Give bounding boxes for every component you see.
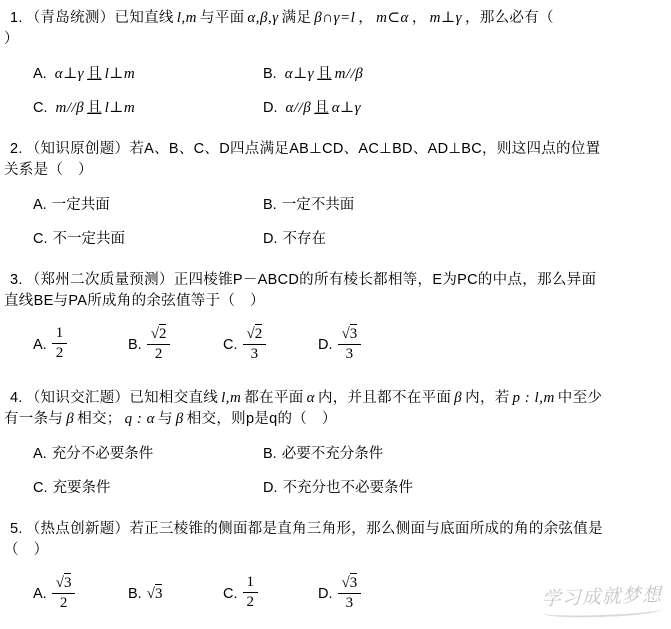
option-label: A. [33,337,47,353]
stem-text: 正四棱锥P－ABCD的所有棱长都相等，E为PC的中点，那么异面 [174,272,597,288]
radicand: 3 [155,584,163,603]
question-2-stem-line-2: 关系是（ ） [4,160,665,181]
stem-text: ， [412,10,427,26]
stem-text: 若正三棱锥的侧面都是直角三角形，那么侧面与底面所成的角的余弦值是 [129,521,603,537]
question-5-option-d: D.√33 [318,576,413,613]
option-text: 不存在 [283,231,327,247]
math-expr: m//β [335,66,364,82]
stem-text: 与 [158,411,173,427]
math-expr: α,β,γ [247,10,278,26]
stem-text: 有一条与 [4,411,63,427]
fraction-denominator: 2 [60,594,68,612]
fraction-numerator: √2 [147,324,171,345]
math-expr: α [307,390,315,406]
fraction-numerator: 1 [52,325,68,344]
math-expr: β [176,411,184,427]
stem-text: 相交，则p是q的（ ） [187,411,337,427]
question-source: （郑州二次质量预测） [26,272,174,288]
question-1-option-b: B.α⊥γ且m//β [263,64,665,85]
radical-sign: √ [56,575,64,591]
stem-text: 直线BE与PA所成角的余弦值等于（ ） [4,293,265,309]
question-5-stem-line-2: （ ） [4,540,665,561]
option-label: D. [263,480,278,496]
question-2-option-c: C.不一定共面 [33,229,263,250]
question-3-stem-line-1: 3.（郑州二次质量预测）正四棱锥P－ABCD的所有棱长都相等，E为PC的中点，那… [4,270,665,291]
conjunction: 且 [87,100,102,116]
question-source: （知识原创题） [26,141,130,157]
question-4-stem-line-1: 4.（知识交汇题）已知相交直线l,m都在平面α内，并且都不在平面β内，若p : … [4,388,665,409]
radical-expression: √3 [147,586,163,602]
math-expr: l,m [221,390,241,406]
option-label: D. [263,100,278,116]
option-text: 必要不充分条件 [282,446,384,462]
question-1-stem-line-2: ） [4,29,665,50]
radicand: 3 [350,573,358,592]
question-4: 4.（知识交汇题）已知相交直线l,m都在平面α内，并且都不在平面β内，若p : … [4,388,665,499]
fraction-numerator: √3 [52,573,76,594]
option-label: C. [33,100,48,116]
math-expr: m⊂α [376,10,409,26]
math-expr: β [66,411,74,427]
stem-text: 满足 [282,10,312,26]
question-5-option-a: A.√32 [33,576,128,613]
question-3-option-c: C.√23 [223,327,318,364]
radicand: 2 [255,324,263,343]
fraction-numerator: √3 [338,573,362,594]
question-3-option-b: B.√22 [128,327,223,364]
math-expr: m//β [56,100,85,116]
option-label: D. [318,586,333,602]
question-5-option-c: C.12 [223,577,318,612]
stem-text: 内，若 [465,390,509,406]
question-number: 3. [10,272,23,288]
option-text: 不一定共面 [53,231,126,247]
radical-sign: √ [247,326,255,342]
radicand: 3 [64,573,72,592]
stem-text: 若A、B、C、D四点满足AB⊥CD、AC⊥BD、AD⊥BC，则这四点的位置 [129,141,600,157]
question-4-option-c: C.充要条件 [33,478,263,499]
question-2-stem-line-1: 2.（知识原创题）若A、B、C、D四点满足AB⊥CD、AC⊥BD、AD⊥BC，则… [4,139,665,160]
stem-text: ，那么必有（ [465,10,554,26]
option-label: D. [318,337,333,353]
option-label: A. [33,66,47,82]
stem-text: 已知相交直线 [129,390,218,406]
fraction-denominator: 3 [251,345,259,363]
option-label: A. [33,446,47,462]
fraction: 12 [52,325,68,363]
math-expr: α⊥γ [285,66,314,82]
math-expr: β∩γ=l [314,10,355,26]
stem-text: 都在平面 [244,390,303,406]
radicand: 3 [350,324,358,343]
option-text: 一定不共面 [282,197,355,213]
option-label: C. [223,586,238,602]
radical-sign: √ [342,326,350,342]
question-3-option-a: A.12 [33,328,128,363]
option-label: A. [33,197,47,213]
option-text: 不充分也不必要条件 [283,480,414,496]
question-number: 5. [10,521,23,537]
fraction-denominator: 2 [56,344,64,362]
option-text: 充要条件 [53,480,111,496]
question-2-option-b: B.一定不共面 [263,195,665,216]
radical-sign: √ [151,326,159,342]
question-4-option-a: A.充分不必要条件 [33,444,263,465]
math-expr: l,m [177,10,197,26]
question-2-options: A.一定共面 B.一定不共面 C.不一定共面 D.不存在 [4,195,665,250]
question-1-options: A.α⊥γ且l⊥m B.α⊥γ且m//β C.m//β且l⊥m D.α//β且α… [4,64,665,119]
question-3: 3.（郑州二次质量预测）正四棱锥P－ABCD的所有棱长都相等，E为PC的中点，那… [4,270,665,368]
question-4-options: A.充分不必要条件 B.必要不充分条件 C.充要条件 D.不充分也不必要条件 [4,444,665,499]
fraction: √32 [52,573,76,613]
question-3-option-d: D.√33 [318,327,413,364]
question-5-stem-line-1: 5.（热点创新题）若正三棱锥的侧面都是直角三角形，那么侧面与底面所成的角的余弦值… [4,519,665,540]
math-expr: l⊥m [105,66,136,82]
question-2-option-d: D.不存在 [263,229,665,250]
stem-text: 关系是（ ） [4,162,93,178]
question-5-option-b: B.√3 [128,584,223,605]
question-number: 1. [10,10,23,26]
radical-sign: √ [147,586,155,602]
option-label: B. [263,197,277,213]
question-2-option-a: A.一定共面 [33,195,263,216]
conjunction: 且 [87,66,102,82]
question-source: （知识交汇题） [26,390,130,406]
math-expr: q : α [125,411,155,427]
watermark-underline [542,609,662,619]
watermark: 学习成就梦想 [538,580,665,619]
stem-text: 与平面 [200,10,244,26]
fraction: √22 [147,324,171,364]
math-expr: α⊥γ [55,66,84,82]
fraction: √33 [338,324,362,364]
stem-text: 中至少 [558,390,602,406]
question-1-option-d: D.α//β且α⊥γ [263,98,665,119]
option-label: B. [128,337,142,353]
option-label: B. [128,586,142,602]
option-label: D. [263,231,278,247]
stem-text: ） [4,31,19,47]
fraction-denominator: 2 [155,345,163,363]
question-3-options: A.12 B.√22 C.√23 D.√33 [4,322,665,368]
radicand: 2 [159,324,167,343]
option-label: B. [263,446,277,462]
radical-sign: √ [342,575,350,591]
option-label: A. [33,586,47,602]
question-4-option-d: D.不充分也不必要条件 [263,478,665,499]
conjunction: 且 [317,66,332,82]
question-1: 1.（青岛统测）已知直线l,m与平面α,β,γ满足β∩γ=l，m⊂α，m⊥γ，那… [4,8,665,119]
worksheet-page: 1.（青岛统测）已知直线l,m与平面α,β,γ满足β∩γ=l，m⊂α，m⊥γ，那… [0,0,671,629]
watermark-text: 学习成就梦想 [542,585,663,610]
question-number: 2. [10,141,23,157]
question-4-stem-line-2: 有一条与β相交；q : α与β相交，则p是q的（ ） [4,409,665,430]
fraction-denominator: 3 [346,594,354,612]
math-expr: m⊥γ [430,10,462,26]
fraction-numerator: √2 [243,324,267,345]
stem-text: 内，并且都不在平面 [318,390,451,406]
fraction-denominator: 2 [247,593,255,611]
stem-text: 已知直线 [115,10,174,26]
option-label: C. [33,480,48,496]
option-label: B. [263,66,277,82]
fraction: √33 [338,573,362,613]
question-4-option-b: B.必要不充分条件 [263,444,665,465]
question-number: 4. [10,390,23,406]
question-2: 2.（知识原创题）若A、B、C、D四点满足AB⊥CD、AC⊥BD、AD⊥BC，则… [4,139,665,250]
fraction-denominator: 3 [346,345,354,363]
fraction: √23 [243,324,267,364]
math-expr: α//β [286,100,312,116]
question-source: （热点创新题） [26,521,130,537]
stem-text: ， [358,10,373,26]
conjunction: 且 [314,100,329,116]
question-1-option-c: C.m//β且l⊥m [33,98,263,119]
fraction-numerator: 1 [243,574,259,593]
stem-text: （ ） [4,542,48,558]
question-source: （青岛统测） [26,10,115,26]
fraction-numerator: √3 [338,324,362,345]
fraction: 12 [243,574,259,612]
math-expr: l⊥m [105,100,136,116]
math-expr: β [454,390,462,406]
math-expr: p : l,m [513,390,555,406]
question-3-stem-line-2: 直线BE与PA所成角的余弦值等于（ ） [4,291,665,312]
option-label: C. [33,231,48,247]
option-text: 一定共面 [52,197,110,213]
math-expr: α⊥γ [332,100,361,116]
stem-text: 相交； [77,411,121,427]
option-text: 充分不必要条件 [52,446,154,462]
option-label: C. [223,337,238,353]
question-1-option-a: A.α⊥γ且l⊥m [33,64,263,85]
question-1-stem-line-1: 1.（青岛统测）已知直线l,m与平面α,β,γ满足β∩γ=l，m⊂α，m⊥γ，那… [4,8,665,29]
